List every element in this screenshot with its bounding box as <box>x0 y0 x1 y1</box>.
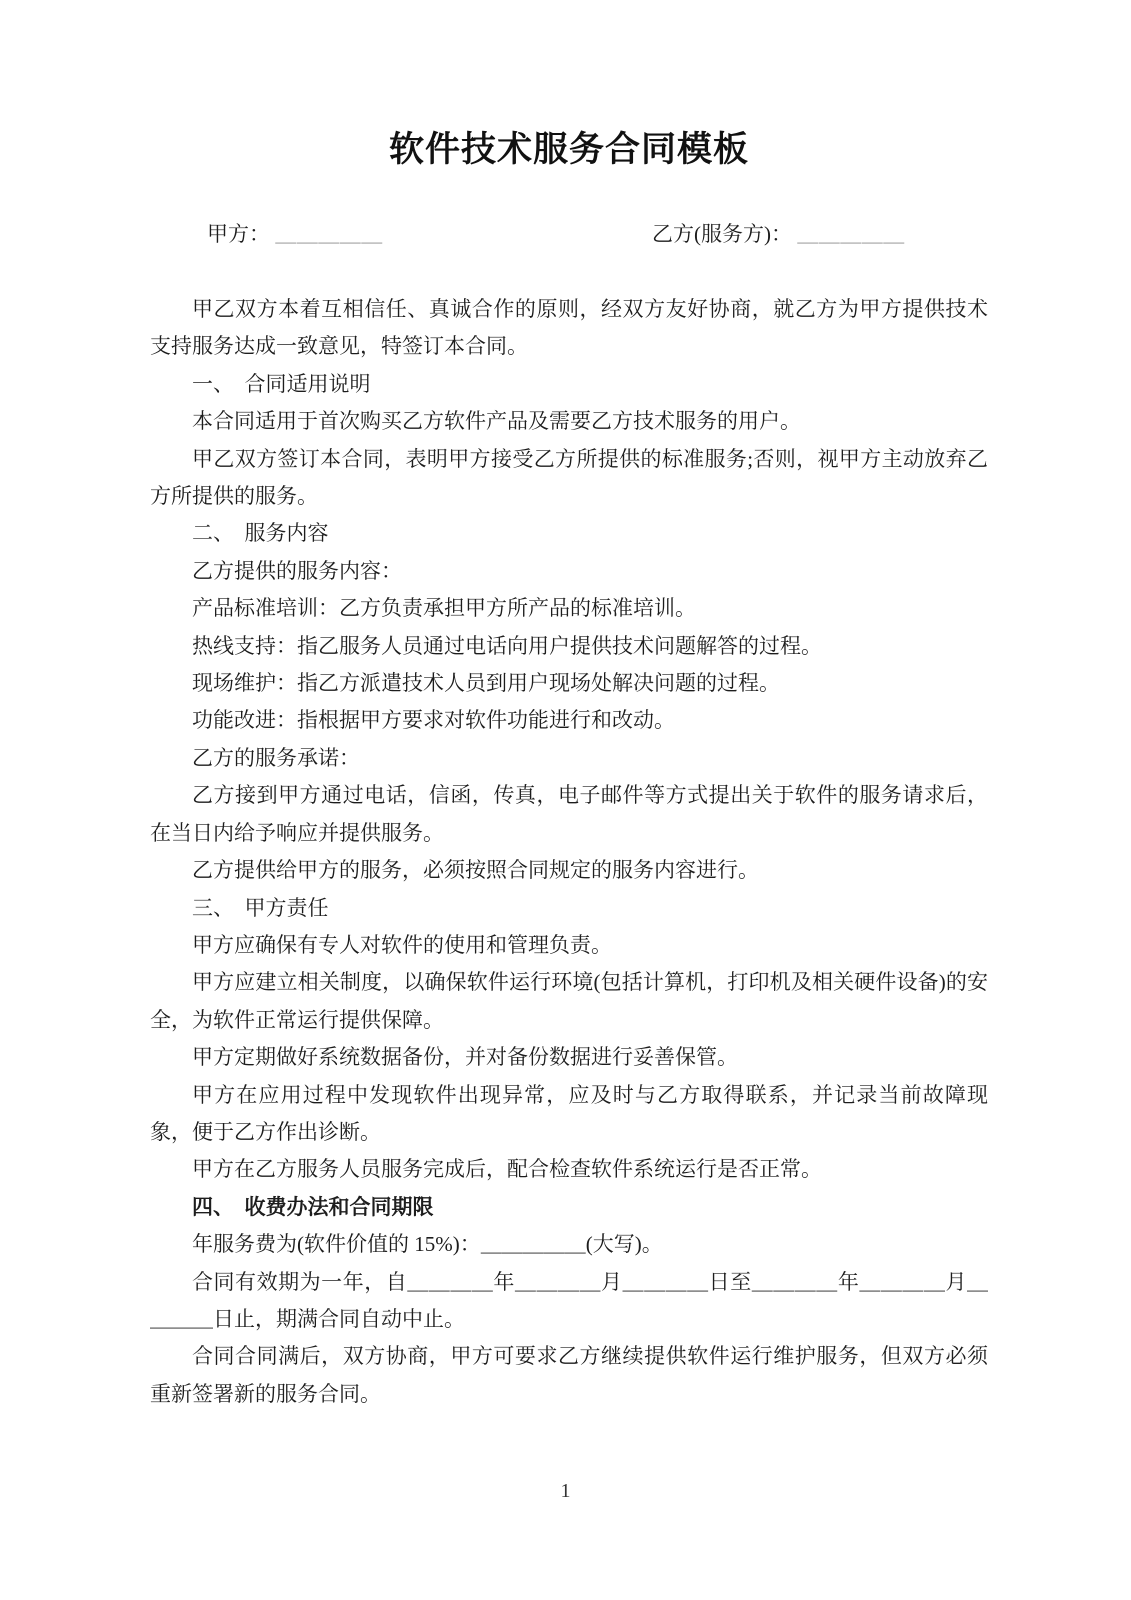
paragraph: 乙方提供给甲方的服务，必须按照合同规定的服务内容进行。 <box>150 852 988 889</box>
paragraph: 功能改进：指根据甲方要求对软件功能进行和改动。 <box>150 702 988 739</box>
paragraph: 合同有效期为一年，自＿＿＿＿年＿＿＿＿月＿＿＿＿日至＿＿＿＿年＿＿＿＿月＿＿＿＿… <box>150 1264 988 1339</box>
section-heading: 一、 合同适用说明 <box>150 366 988 403</box>
section-heading: 三、 甲方责任 <box>150 890 988 927</box>
paragraph: 合同合同满后，双方协商，甲方可要求乙方继续提供软件运行维护服务，但双方必须重新签… <box>150 1338 988 1413</box>
document-title: 软件技术服务合同模板 <box>150 129 988 171</box>
page-number: 1 <box>0 1478 1131 1504</box>
paragraph: 甲方在乙方服务人员服务完成后，配合检查软件系统运行是否正常。 <box>150 1151 988 1188</box>
party-b-blank-field[interactable]: ＿＿＿＿＿ <box>797 222 905 246</box>
paragraph: 甲乙双方签订本合同，表明甲方接受乙方所提供的标准服务;否则，视甲方主动放弃乙方所… <box>150 441 988 516</box>
party-a-blank-field[interactable]: ＿＿＿＿＿ <box>275 222 383 246</box>
paragraph: 甲方在应用过程中发现软件出现异常，应及时与乙方取得联系，并记录当前故障现象，便于… <box>150 1077 988 1152</box>
paragraph: 乙方接到甲方通过电话，信函，传真，电子邮件等方式提出关于软件的服务请求后，在当日… <box>150 777 988 852</box>
paragraph: 甲乙双方本着互相信任、真诚合作的原则，经双方友好协商，就乙方为甲方提供技术支持服… <box>150 291 988 366</box>
paragraph: 甲方应确保有专人对软件的使用和管理负责。 <box>150 927 988 964</box>
parties-row: 甲方： ＿＿＿＿＿ 乙方(服务方)： ＿＿＿＿＿ <box>150 219 988 249</box>
document-body: 甲乙双方本着互相信任、真诚合作的原则，经双方友好协商，就乙方为甲方提供技术支持服… <box>150 291 988 1413</box>
paragraph: 热线支持：指乙服务人员通过电话向用户提供技术问题解答的过程。 <box>150 628 988 665</box>
paragraph: 现场维护：指乙方派遣技术人员到用户现场处解决问题的过程。 <box>150 665 988 702</box>
party-a-label: 甲方： <box>207 222 270 246</box>
paragraph: 产品标准培训：乙方负责承担甲方所产品的标准培训。 <box>150 590 988 627</box>
section-heading: 二、 服务内容 <box>150 515 988 552</box>
party-b-line: 乙方(服务方)： ＿＿＿＿＿ <box>652 219 905 249</box>
document-page: 软件技术服务合同模板 甲方： ＿＿＿＿＿ 乙方(服务方)： ＿＿＿＿＿ 甲乙双方… <box>0 0 1131 1600</box>
paragraph: 甲方定期做好系统数据备份，并对备份数据进行妥善保管。 <box>150 1039 988 1076</box>
party-a-line: 甲方： ＿＿＿＿＿ <box>207 219 652 249</box>
paragraph: 甲方应建立相关制度，以确保软件运行环境(包括计算机，打印机及相关硬件设备)的安全… <box>150 964 988 1039</box>
paragraph: 本合同适用于首次购买乙方软件产品及需要乙方技术服务的用户。 <box>150 403 988 440</box>
paragraph: 乙方提供的服务内容： <box>150 553 988 590</box>
paragraph: 年服务费为(软件价值的 15%)：＿＿＿＿＿(大写)。 <box>150 1226 988 1263</box>
paragraph: 乙方的服务承诺： <box>150 740 988 777</box>
section-heading: 四、 收费办法和合同期限 <box>150 1189 988 1226</box>
party-b-label: 乙方(服务方)： <box>652 222 792 246</box>
